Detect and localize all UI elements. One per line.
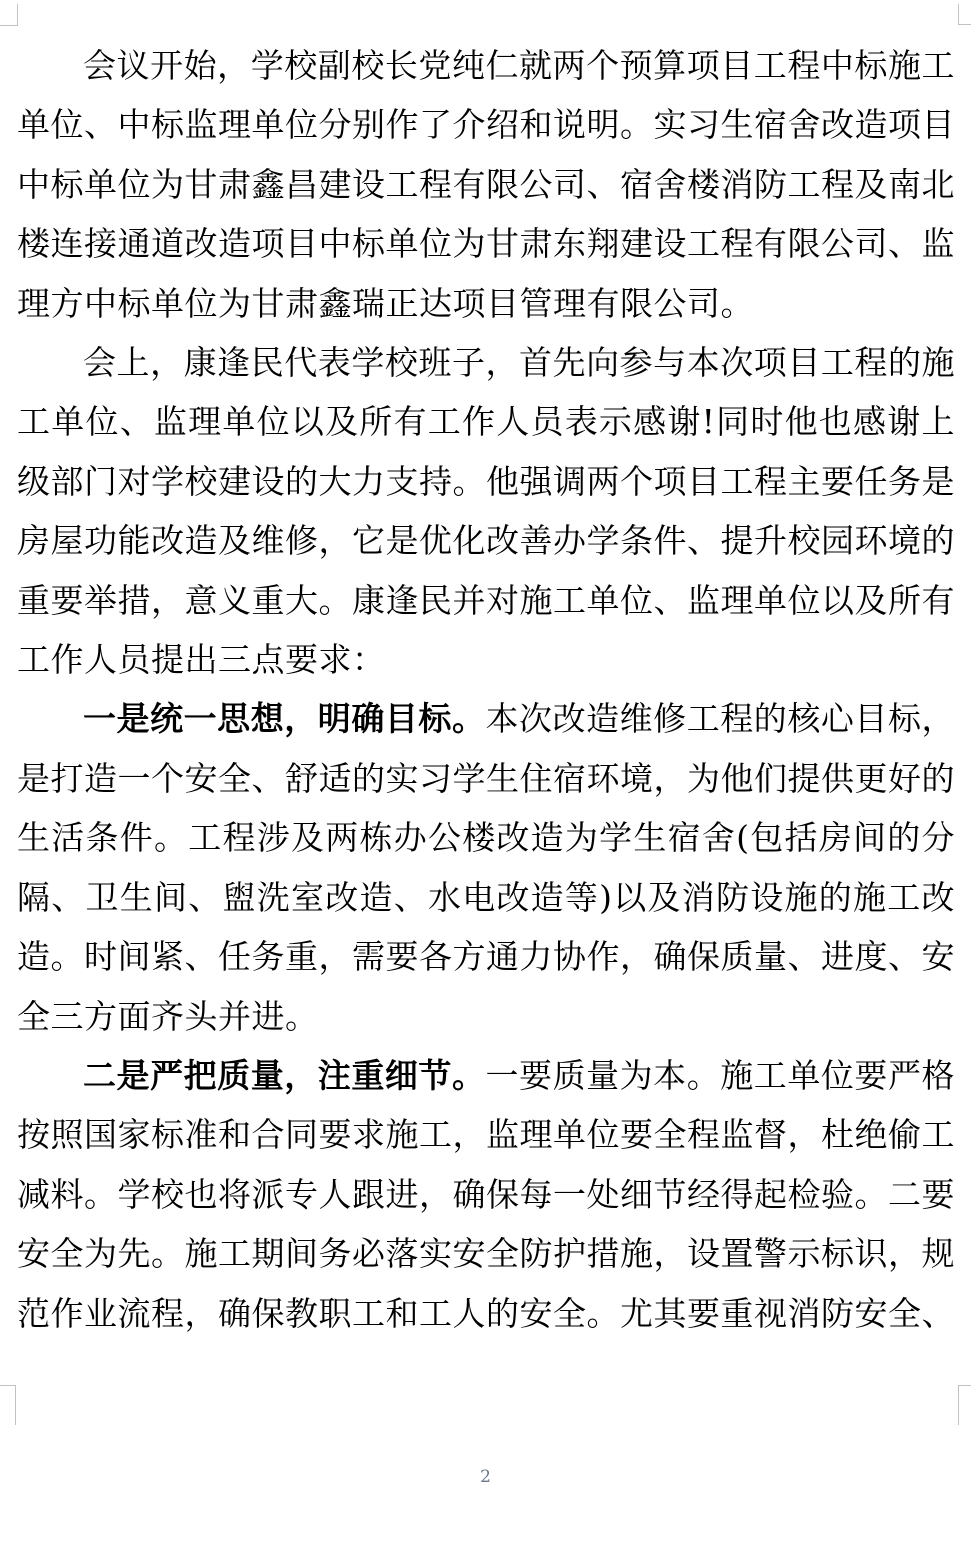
page-number: 2 <box>0 1465 971 1489</box>
document-page: 会议开始，学校副校长党纯仁就两个预算项目工程中标施工单位、中标监理单位分别作了介… <box>0 0 971 1567</box>
paragraph: 一是统一思想，明确目标。本次改造维修工程的核心目标，是打造一个安全、舒适的实习学… <box>17 689 955 1045</box>
paragraph-lead: 一是统一思想，明确目标。 <box>83 699 485 738</box>
paragraph-lead: 二是严把质量，注重细节。 <box>83 1056 485 1095</box>
document-body: 会议开始，学校副校长党纯仁就两个预算项目工程中标施工单位、中标监理单位分别作了介… <box>17 36 955 1343</box>
text-boundary-mark-bottom-left <box>0 1385 16 1425</box>
paragraph: 会上，康逢民代表学校班子，首先向参与本次项目工程的施工单位、监理单位以及所有工作… <box>17 333 955 689</box>
paragraph: 二是严把质量，注重细节。一要质量为本。施工单位要严格按照国家标准和合同要求施工，… <box>17 1046 955 1343</box>
text-boundary-mark-top-right <box>958 4 971 25</box>
text-boundary-mark-top-left <box>0 4 18 26</box>
text-boundary-mark-bottom-right <box>958 1385 971 1425</box>
paragraph: 会议开始，学校副校长党纯仁就两个预算项目工程中标施工单位、中标监理单位分别作了介… <box>17 36 955 333</box>
